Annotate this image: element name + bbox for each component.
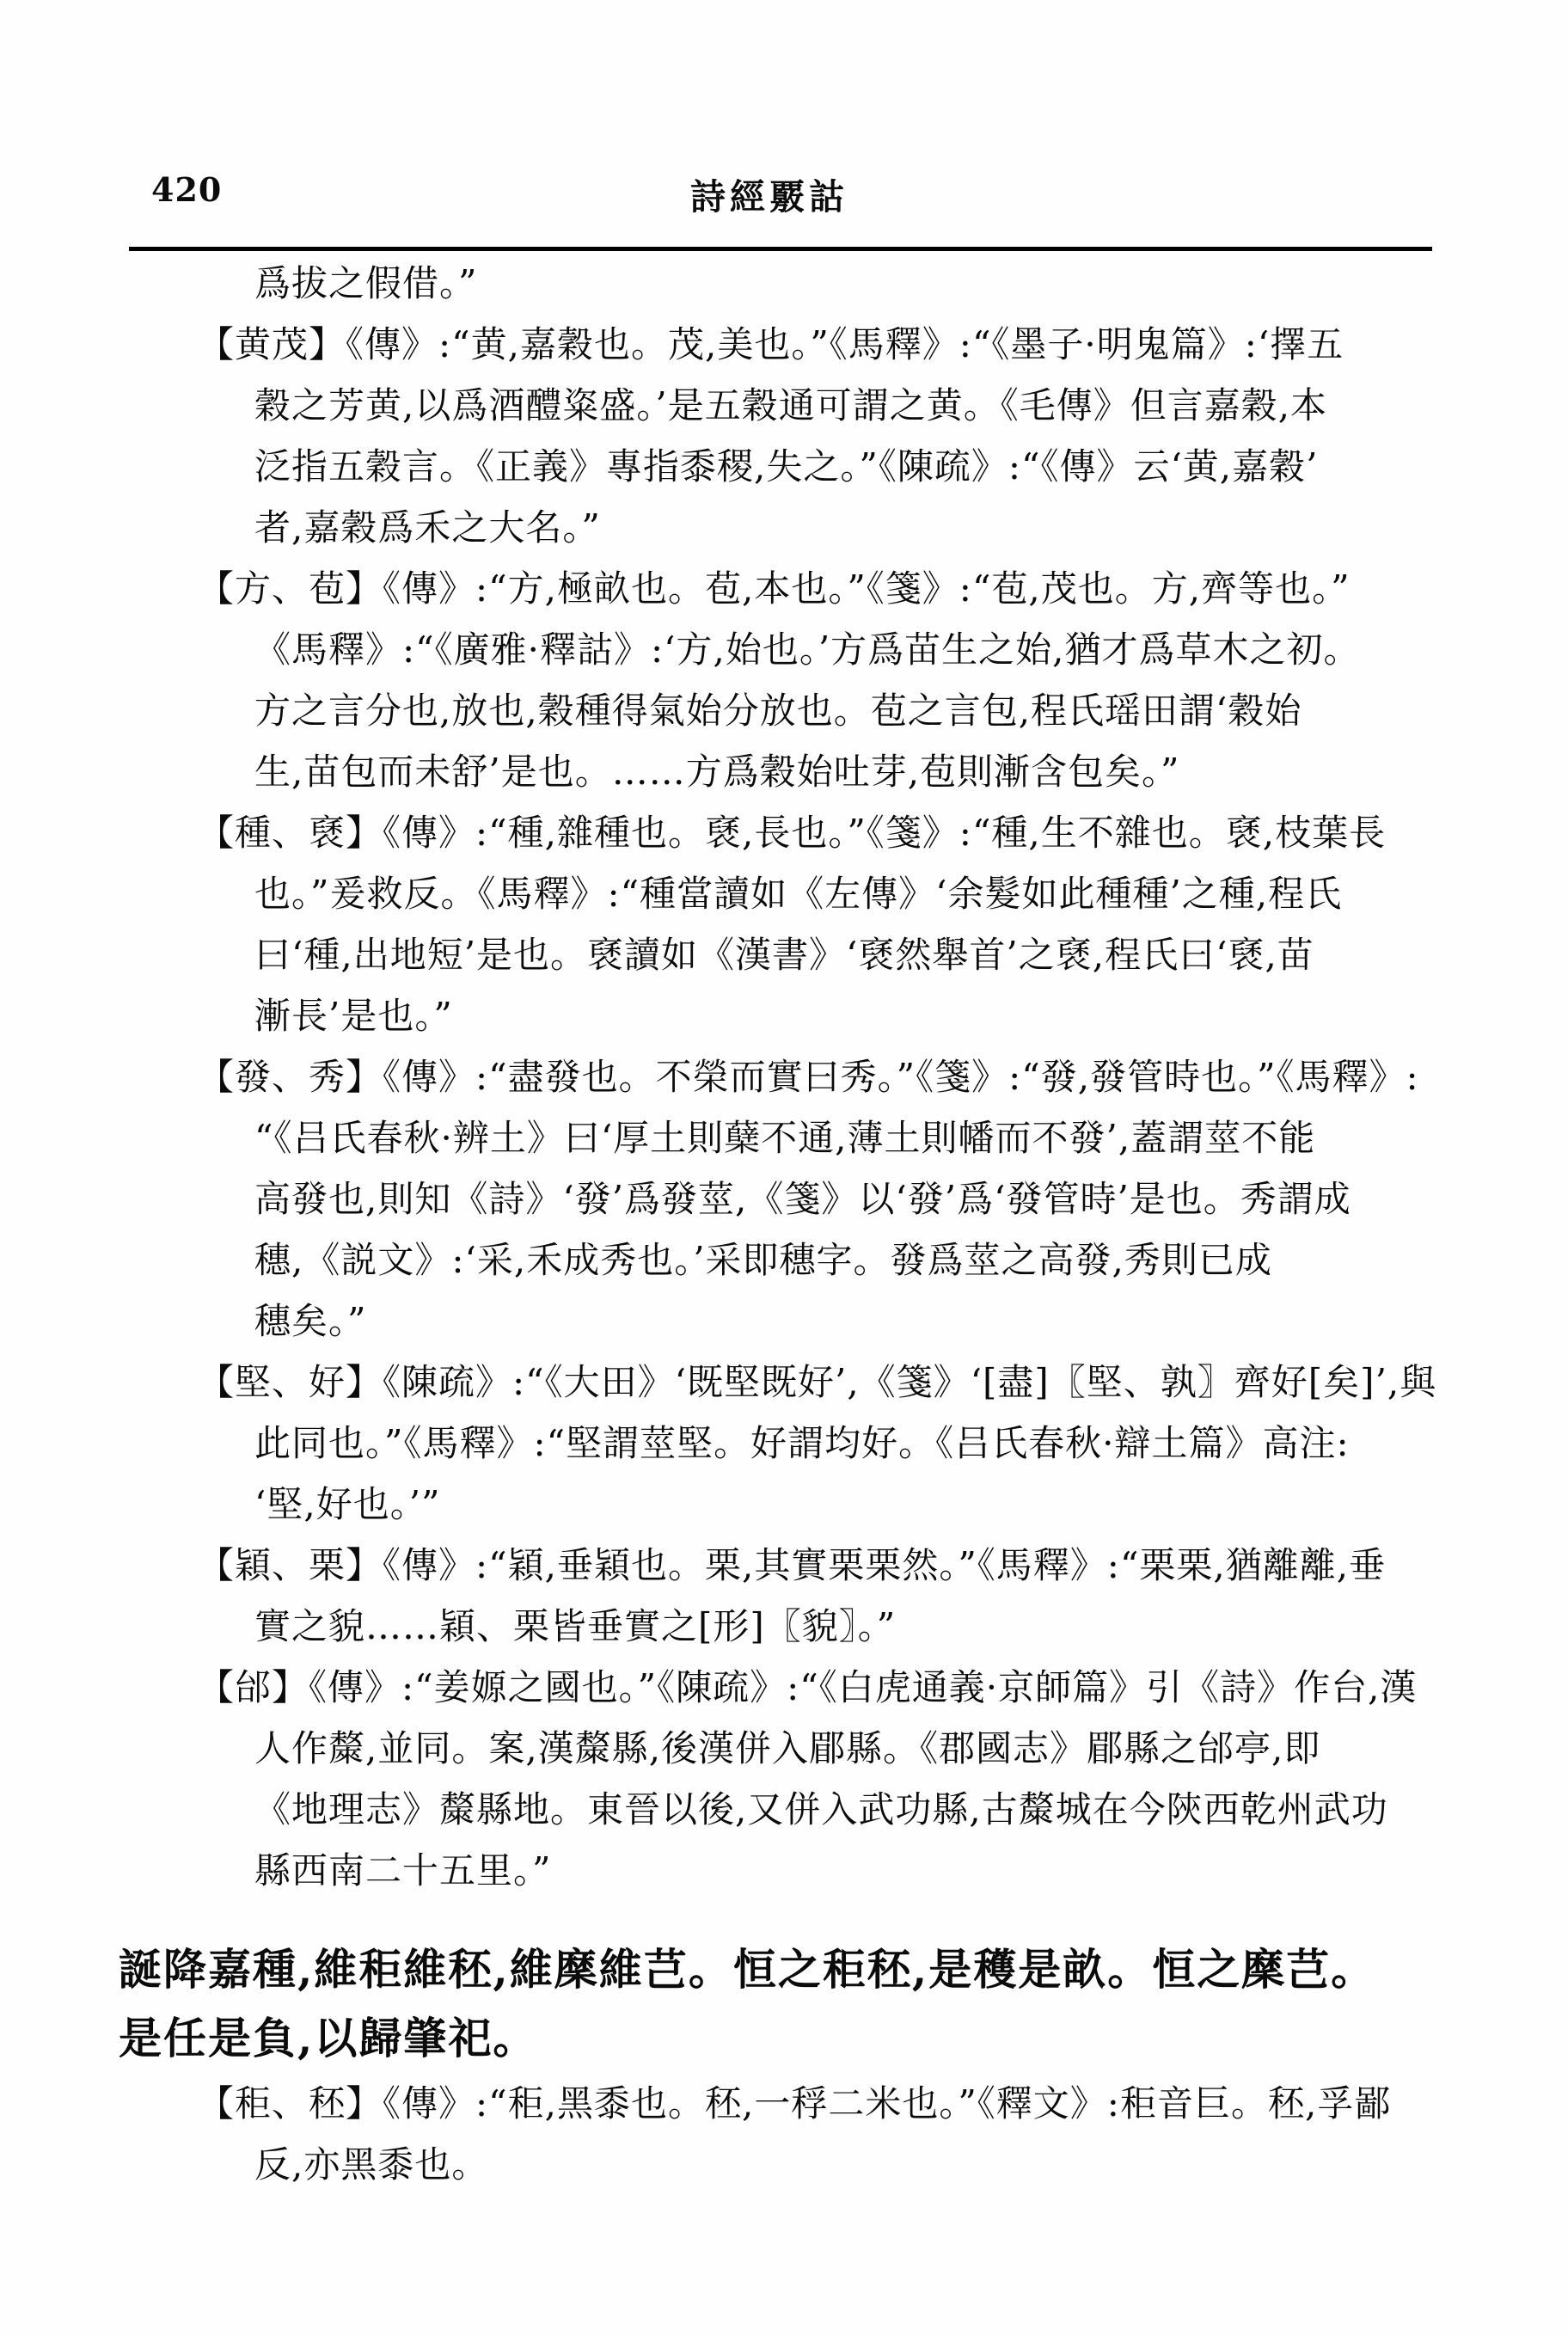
annotation-line: 高發也,則知《詩》‘發’爲發莖,《箋》以‘發’爲‘發管時’是也。秀謂成 bbox=[0, 1168, 1568, 1229]
annotation-line: 穀之芳黄,以爲酒醴粢盛。’是五穀通可謂之黄。《毛傳》但言嘉穀,本 bbox=[0, 375, 1568, 436]
annotation-line: ‘堅,好也。’” bbox=[0, 1474, 1568, 1535]
annotation-line: 【秬、秠】《傳》:“秬,黑黍也。秠,一稃二米也。”《釋文》:秬音巨。秠,孚鄙 bbox=[0, 2073, 1568, 2134]
verse-line: 誕降嘉種,維秬維秠,維穈維芑。恒之秬秠,是穫是畝。恒之穈芑。 bbox=[0, 1935, 1568, 2004]
annotation-line: 漸長’是也。” bbox=[0, 985, 1568, 1046]
annotation-line: 生,苗包而未舒’是也。……方爲穀始吐芽,苞則漸含包矣。” bbox=[0, 741, 1568, 802]
annotation-line: 人作斄,並同。案,漢斄縣,後漢併入郿縣。《郡國志》郿縣之邰亭,即 bbox=[0, 1718, 1568, 1779]
annotation-line: 實之貌……穎、栗皆垂實之[形]〖貌〗。” bbox=[0, 1596, 1568, 1657]
annotation-line: 也。”爰救反。《馬釋》:“種當讀如《左傳》‘余髮如此種種’之種,程氏 bbox=[0, 863, 1568, 924]
annotation-line: 【穎、栗】《傳》:“穎,垂穎也。栗,其實栗栗然。”《馬釋》:“栗栗,猶離離,垂 bbox=[0, 1535, 1568, 1596]
annotation-line: 《馬釋》:“《廣雅·釋詁》:‘方,始也。’方爲苗生之始,猶才爲草木之初。 bbox=[0, 619, 1568, 680]
annotation-line: 【邰】《傳》:“姜嫄之國也。”《陳疏》:“《白虎通義·京師篇》引《詩》作台,漢 bbox=[0, 1657, 1568, 1718]
annotation-line: 《地理志》斄縣地。東晉以後,又併入武功縣,古斄城在今陝西乾州武功 bbox=[0, 1779, 1568, 1840]
annotations-bottom: 【秬、秠】《傳》:“秬,黑黍也。秠,一稃二米也。”《釋文》:秬音巨。秠,孚鄙反,… bbox=[0, 2073, 1568, 2195]
document-page: 420 詩經覈詁 爲拔之假借。”【黄茂】《傳》:“黄,嘉穀也。茂,美也。”《馬釋… bbox=[0, 0, 1568, 2336]
annotation-line: “《吕氏春秋·辨土》曰‘厚土則蘖不通,薄土則幡而不發’,蓋謂莖不能 bbox=[0, 1107, 1568, 1168]
annotation-line: 【方、苞】《傳》:“方,極畝也。苞,本也。”《箋》:“苞,茂也。方,齊等也。” bbox=[0, 558, 1568, 619]
verse: 誕降嘉種,維秬維秠,維穈維芑。恒之秬秠,是穫是畝。恒之穈芑。是任是負,以歸肇祀。 bbox=[0, 1935, 1568, 2073]
annotation-line: 縣西南二十五里。” bbox=[0, 1840, 1568, 1901]
annotation-line: 方之言分也,放也,穀種得氣始分放也。苞之言包,程氏瑶田謂‘穀始 bbox=[0, 680, 1568, 741]
annotation-line: 反,亦黑黍也。 bbox=[0, 2134, 1568, 2195]
annotation-line: 爲拔之假借。” bbox=[0, 253, 1568, 314]
body-content: 爲拔之假借。”【黄茂】《傳》:“黄,嘉穀也。茂,美也。”《馬釋》:“《墨子·明鬼… bbox=[0, 253, 1568, 2195]
annotation-line: 【堅、好】《陳疏》:“《大田》‘既堅既好’,《箋》‘[盡]〖堅、孰〗齊好[矣]’… bbox=[0, 1352, 1568, 1413]
header-rule bbox=[129, 247, 1432, 251]
annotation-line: 曰‘種,出地短’是也。褎讀如《漢書》‘褎然舉首’之褎,程氏曰‘褎,苗 bbox=[0, 924, 1568, 985]
annotation-line: 泛指五穀言。《正義》專指黍稷,失之。”《陳疏》:“《傳》云‘黄,嘉穀’ bbox=[0, 436, 1568, 497]
annotation-line: 此同也。”《馬釋》:“堅謂莖堅。好謂均好。《吕氏春秋·辯土篇》高注: bbox=[0, 1413, 1568, 1474]
annotation-line: 【發、秀】《傳》:“盡發也。不榮而實曰秀。”《箋》:“發,發管時也。”《馬釋》: bbox=[0, 1046, 1568, 1107]
page-title: 詩經覈詁 bbox=[0, 169, 1539, 219]
annotation-line: 【黄茂】《傳》:“黄,嘉穀也。茂,美也。”《馬釋》:“《墨子·明鬼篇》:‘擇五 bbox=[0, 314, 1568, 375]
annotations-top: 爲拔之假借。”【黄茂】《傳》:“黄,嘉穀也。茂,美也。”《馬釋》:“《墨子·明鬼… bbox=[0, 253, 1568, 1901]
annotation-line: 穗矣。” bbox=[0, 1291, 1568, 1352]
annotation-line: 【種、褎】《傳》:“種,雜種也。褎,長也。”《箋》:“種,生不雜也。褎,枝葉長 bbox=[0, 802, 1568, 863]
annotation-line: 者,嘉穀爲禾之大名。” bbox=[0, 497, 1568, 558]
verse-line: 是任是負,以歸肇祀。 bbox=[0, 2004, 1568, 2073]
annotation-line: 穗,《説文》:‘采,禾成秀也。’采即穗字。發爲莖之高發,秀則已成 bbox=[0, 1229, 1568, 1291]
